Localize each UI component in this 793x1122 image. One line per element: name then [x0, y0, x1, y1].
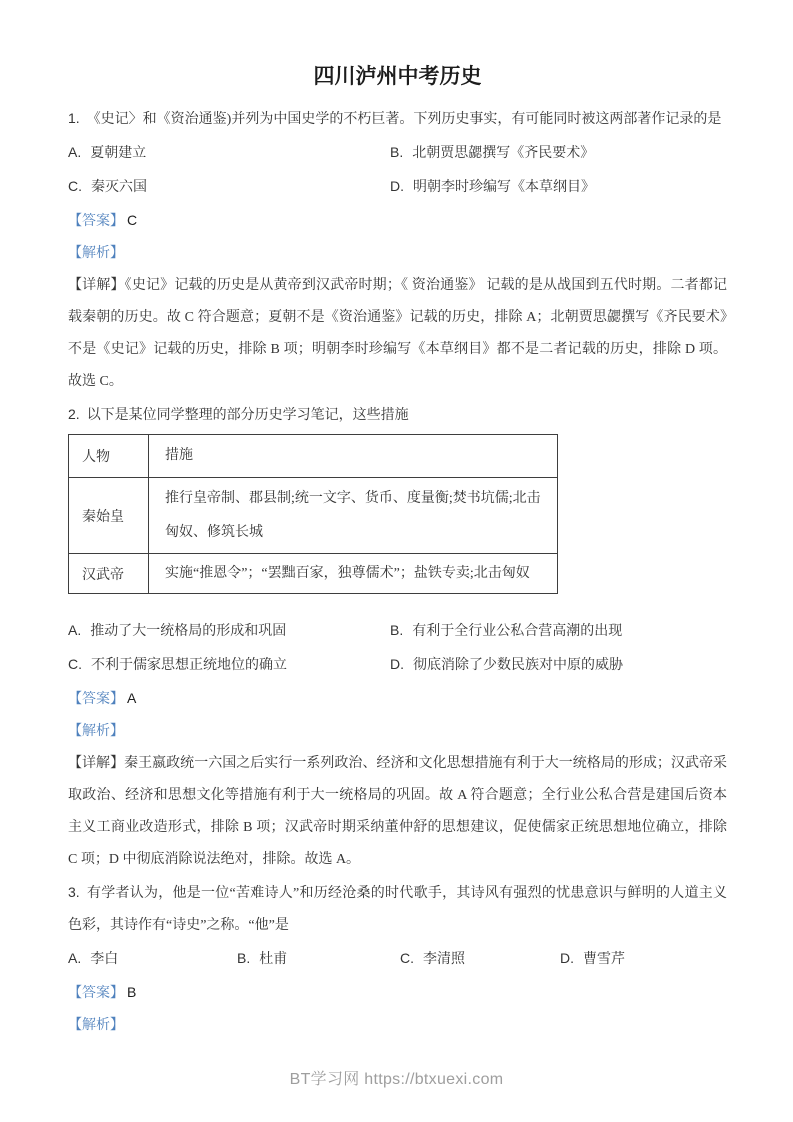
option-a: A.李白 [68, 942, 237, 976]
analysis-label: 【解析】 [68, 724, 124, 739]
answer-label: 【答案】 [68, 692, 124, 707]
question-number: 3. [68, 884, 80, 900]
option-text: 曹雪芹 [583, 952, 625, 967]
notes-table: 人物 措施 秦始皇 推行皇帝制、郡县制;统一文字、货币、度量衡;焚书坑儒;北击匈… [68, 434, 558, 594]
answer-label: 【答案】 [68, 986, 124, 1001]
answer-line: 【答案】A [68, 682, 727, 716]
option-key: D. [390, 178, 404, 194]
table-row: 汉武帝 实施“推恩令”；“罢黜百家，独尊儒术”；盐铁专卖;北击匈奴 [69, 554, 558, 594]
option-b: B.有利于全行业公私合营高潮的出现 [390, 614, 727, 648]
analysis-line: 【解析】 [68, 1010, 727, 1042]
answer-value: A [127, 690, 136, 706]
option-key: C. [68, 656, 82, 672]
question-number: 1. [68, 110, 80, 126]
answer-value: C [127, 212, 137, 228]
table-cell-person: 秦始皇 [69, 478, 149, 554]
option-key: D. [560, 950, 574, 966]
option-text: 秦灭六国 [91, 180, 147, 195]
option-b: B.杜甫 [237, 942, 400, 976]
option-d: D.明朝李时珍编写《本草纲目》 [390, 170, 727, 204]
analysis-line: 【解析】 [68, 716, 727, 748]
option-key: C. [68, 178, 82, 194]
analysis-label: 【解析】 [68, 1018, 124, 1033]
explanation-text: 【详解】秦王嬴政统一六国之后实行一系列政治、经济和文化思想措施有利于大一统格局的… [68, 748, 727, 876]
question-stem: 1.《史记〉和《资治通鉴)并列为中国史学的不朽巨著。下列历史事实，有可能同时被这… [68, 102, 727, 136]
question-2: 2.以下是某位同学整理的部分历史学习笔记，这些措施 人物 措施 秦始皇 推行皇帝… [68, 398, 727, 876]
options-grid: A.夏朝建立 B.北朝贾思勰撰写《齐民要术》 C.秦灭六国 D.明朝李时珍编写《… [68, 136, 727, 204]
question-stem-text: 以下是某位同学整理的部分历史学习笔记，这些措施 [87, 408, 409, 423]
options-grid: A.推动了大一统格局的形成和巩固 B.有利于全行业公私合营高潮的出现 C.不利于… [68, 614, 727, 682]
option-text: 有利于全行业公私合营高潮的出现 [412, 624, 622, 639]
question-number: 2. [68, 406, 80, 422]
table-header-cell: 人物 [69, 435, 149, 478]
table-cell-measures: 实施“推恩令”；“罢黜百家，独尊儒术”；盐铁专卖;北击匈奴 [149, 554, 558, 594]
footer-watermark-text: BT学习网 https://btxuexi.com [290, 1071, 504, 1088]
option-key: C. [400, 950, 414, 966]
option-key: B. [390, 144, 403, 160]
answer-line: 【答案】C [68, 204, 727, 238]
answer-label: 【答案】 [68, 214, 124, 229]
option-a: A.夏朝建立 [68, 136, 390, 170]
option-c: C.李清照 [400, 942, 560, 976]
answer-value: B [127, 984, 136, 1000]
option-b: B.北朝贾思勰撰写《齐民要术》 [390, 136, 727, 170]
analysis-label: 【解析】 [68, 246, 124, 261]
analysis-line: 【解析】 [68, 238, 727, 270]
question-stem-text: 有学者认为，他是一位“苦难诗人”和历经沧桑的时代歌手，其诗风有强烈的忧患意识与鲜… [68, 886, 727, 933]
explanation-text: 【详解】《史记》记载的历史是从黄帝到汉武帝时期；《 资治通鉴》 记载的是从战国到… [68, 270, 727, 398]
question-1: 1.《史记〉和《资治通鉴)并列为中国史学的不朽巨著。下列历史事实，有可能同时被这… [68, 102, 727, 398]
option-text: 推动了大一统格局的形成和巩固 [90, 624, 286, 639]
option-key: D. [390, 656, 404, 672]
option-key: B. [237, 950, 250, 966]
option-key: A. [68, 144, 81, 160]
option-text: 北朝贾思勰撰写《齐民要术》 [412, 146, 594, 161]
table-cell-measures: 推行皇帝制、郡县制;统一文字、货币、度量衡;焚书坑儒;北击匈奴、修筑长城 [149, 478, 558, 554]
option-text: 李清照 [423, 952, 465, 967]
table-header-row: 人物 措施 [69, 435, 558, 478]
table-cell-person: 汉武帝 [69, 554, 149, 594]
table-header-cell: 措施 [149, 435, 558, 478]
option-key: B. [390, 622, 403, 638]
question-stem: 2.以下是某位同学整理的部分历史学习笔记，这些措施 [68, 398, 727, 432]
answer-line: 【答案】B [68, 976, 727, 1010]
option-key: A. [68, 622, 81, 638]
option-text: 彻底消除了少数民族对中原的威胁 [413, 658, 623, 673]
option-text: 不利于儒家思想正统地位的确立 [91, 658, 287, 673]
table-row: 秦始皇 推行皇帝制、郡县制;统一文字、货币、度量衡;焚书坑儒;北击匈奴、修筑长城 [69, 478, 558, 554]
option-text: 夏朝建立 [90, 146, 146, 161]
page-title: 四川泸州中考历史 [68, 62, 727, 92]
page-footer: BT学习网 https://btxuexi.com [0, 1066, 793, 1089]
option-key: A. [68, 950, 81, 966]
option-a: A.推动了大一统格局的形成和巩固 [68, 614, 390, 648]
option-d: D.彻底消除了少数民族对中原的威胁 [390, 648, 727, 682]
question-3: 3.有学者认为，他是一位“苦难诗人”和历经沧桑的时代歌手，其诗风有强烈的忧患意识… [68, 876, 727, 1042]
option-text: 李白 [90, 952, 118, 967]
question-stem: 3.有学者认为，他是一位“苦难诗人”和历经沧桑的时代歌手，其诗风有强烈的忧患意识… [68, 876, 727, 942]
option-c: C.不利于儒家思想正统地位的确立 [68, 648, 390, 682]
option-text: 杜甫 [259, 952, 287, 967]
question-stem-text: 《史记〉和《资治通鉴)并列为中国史学的不朽巨著。下列历史事实，有可能同时被这两部… [87, 112, 722, 127]
option-d: D.曹雪芹 [560, 942, 727, 976]
option-c: C.秦灭六国 [68, 170, 390, 204]
option-text: 明朝李时珍编写《本草纲目》 [413, 180, 595, 195]
document-page: 四川泸州中考历史 1.《史记〉和《资治通鉴)并列为中国史学的不朽巨著。下列历史事… [0, 0, 793, 1122]
options-grid: A.李白 B.杜甫 C.李清照 D.曹雪芹 [68, 942, 727, 976]
